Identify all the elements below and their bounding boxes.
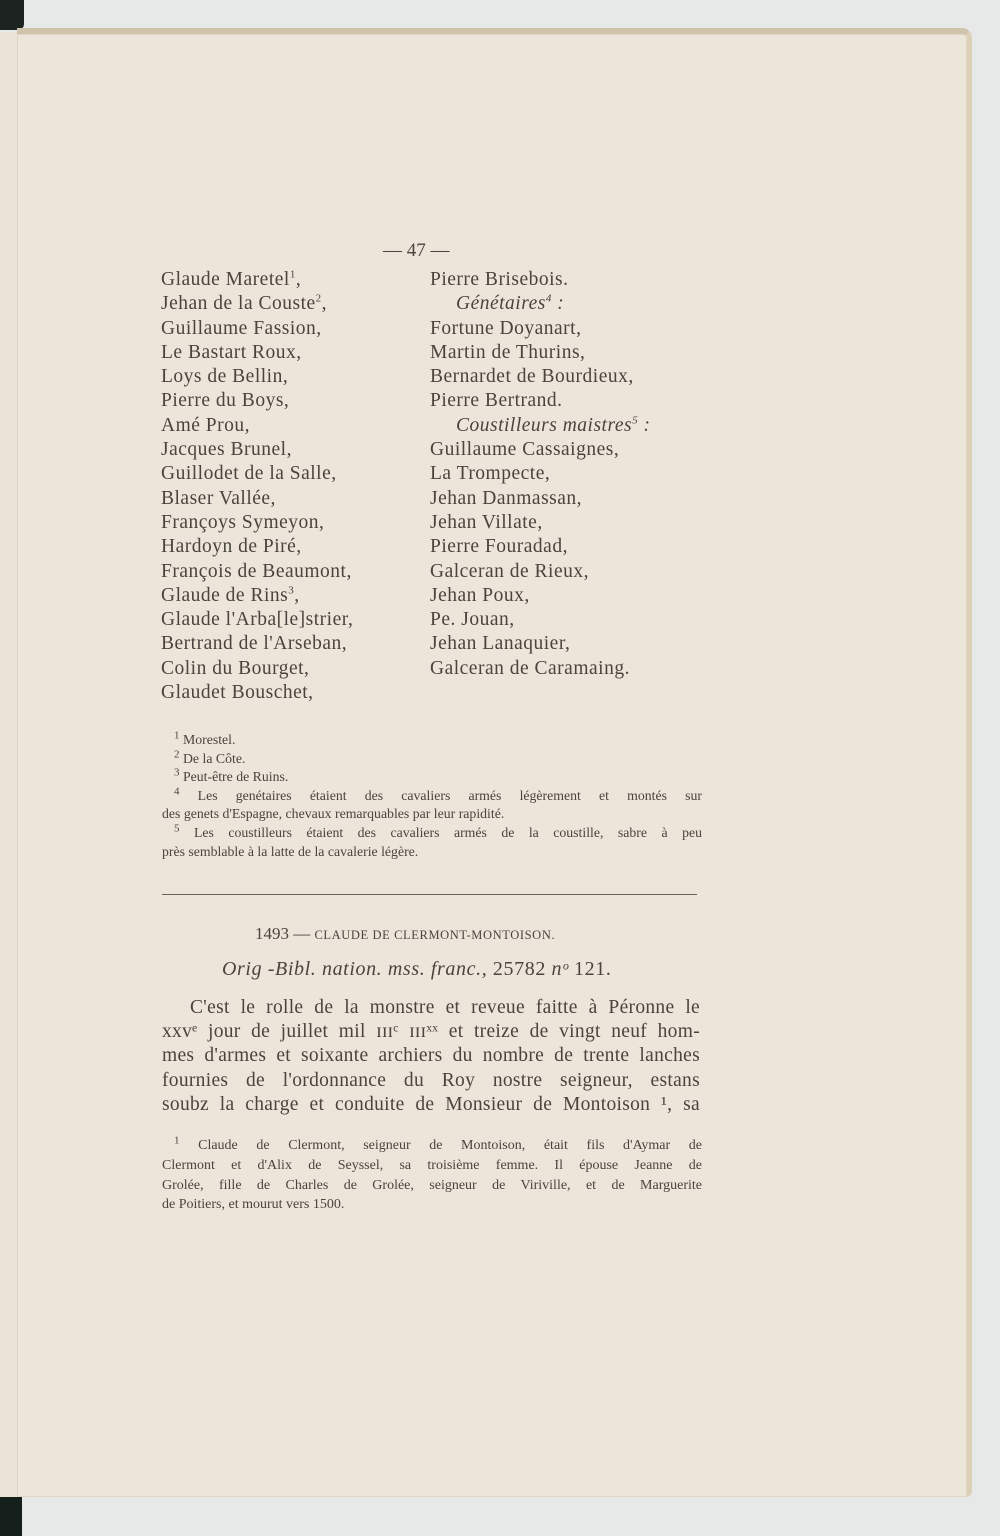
footnote-ref: 5 — [632, 414, 638, 426]
name-entry: Guillaume Cassaignes, — [430, 438, 650, 462]
entry-text: Guillaume Cassaignes, — [430, 439, 619, 460]
name-entry: Bernardet de Bourdieux, — [430, 365, 650, 389]
section-year: 1493 — [255, 924, 289, 943]
name-entry: Martin de Thurins, — [430, 341, 650, 365]
body-line: fournies de l'ordonnance du Roy nostre s… — [162, 1069, 700, 1093]
name-entry: Loys de Bellin, — [161, 365, 353, 389]
category-heading: Génétaires4 : — [430, 292, 650, 316]
body-line: soubz la charge et conduite de Monsieur … — [162, 1093, 700, 1117]
entry-text: Guillaume Fassion, — [161, 318, 322, 339]
name-entry: Le Bastart Roux, — [161, 341, 353, 365]
entry-text: François de Beaumont, — [161, 561, 352, 582]
footnote-line: des genets d'Espagne, chevaux remarquabl… — [162, 805, 702, 824]
body-line: C'est le rolle de la monstre et reveue f… — [162, 996, 700, 1020]
name-entry: Galceran de Rieux, — [430, 560, 650, 584]
entry-text: Bernardet de Bourdieux, — [430, 366, 634, 387]
footnote-line: près semblable à la latte de la cavaleri… — [162, 843, 702, 862]
entry-text: Pierre Brisebois. — [430, 269, 568, 290]
footnote-line: Clermont et d'Alix de Seyssel, sa troisi… — [162, 1156, 702, 1176]
name-entry: Pierre Fouradad, — [430, 535, 650, 559]
entry-text: Pe. Jouan, — [430, 609, 515, 630]
entry-text: Pierre du Boys, — [161, 390, 289, 411]
entry-text: Jehan Danmassan, — [430, 488, 582, 509]
bottom-footnote: 1 Claude de Clermont, seigneur de Montoi… — [162, 1136, 702, 1215]
name-entry: Guillaume Fassion, — [161, 317, 353, 341]
footnote-mark: 3 — [174, 767, 180, 779]
footnote-mark: 1 — [174, 729, 180, 741]
entry-text: Jehan Lanaquier, — [430, 633, 570, 654]
entry-text: Coustilleurs maistres — [456, 415, 632, 436]
name-entry: François de Beaumont, — [161, 560, 353, 584]
entry-text: Loys de Bellin, — [161, 366, 288, 387]
name-entry: Pierre Bertrand. — [430, 389, 650, 413]
name-entry: Jacques Brunel, — [161, 438, 353, 462]
footnote-ref: 4 — [546, 293, 552, 305]
entry-text: Colin du Bourget, — [161, 658, 309, 679]
body-paragraph: C'est le rolle de la monstre et reveue f… — [162, 996, 700, 1117]
name-entry: Glaudet Bouschet, — [161, 681, 353, 705]
name-entry: Fortune Doyanart, — [430, 317, 650, 341]
entry-text: Françoys Symeyon, — [161, 512, 324, 533]
entry-text: Amé Prou, — [161, 415, 250, 436]
book-spine-top — [0, 0, 24, 30]
name-entry: Guillodet de la Salle, — [161, 462, 353, 486]
footnote-mark: 4 — [174, 785, 180, 797]
page-number: — 47 — — [383, 240, 450, 262]
entry-text: Martin de Thurins, — [430, 342, 585, 363]
entry-text: Guillodet de la Salle, — [161, 463, 337, 484]
entry-text: Jacques Brunel, — [161, 439, 292, 460]
name-entry: Glaude de Rins3, — [161, 584, 353, 608]
name-entry: Jehan Poux, — [430, 584, 650, 608]
section-title: CLAUDE DE CLERMONT-MONTOISON. — [315, 928, 556, 942]
entry-text: Glaude l'Arba[le]strier, — [161, 609, 353, 630]
entry-text: Glaudet Bouschet, — [161, 682, 314, 703]
name-entry: Pierre Brisebois. — [430, 268, 650, 292]
name-entry: Françoys Symeyon, — [161, 511, 353, 535]
name-entry: La Trompecte, — [430, 462, 650, 486]
right-name-column: Pierre Brisebois.Génétaires4 :Fortune Do… — [430, 268, 650, 681]
entry-text: La Trompecte, — [430, 463, 550, 484]
footnote-mark: 5 — [174, 822, 180, 834]
book-spine-bottom — [0, 1497, 22, 1536]
section-divider — [162, 894, 697, 895]
body-line: mes d'armes et soixante archiers du nomb… — [162, 1044, 700, 1068]
name-entry: Blaser Vallée, — [161, 487, 353, 511]
name-entry: Jehan Villate, — [430, 511, 650, 535]
footnote-ref: 2 — [316, 293, 322, 305]
name-entry: Amé Prou, — [161, 414, 353, 438]
footnote-line: Grolée, fille de Charles de Grolée, seig… — [162, 1176, 702, 1196]
source-reference: Orig -Bibl. nation. mss. franc., 25782 n… — [222, 958, 611, 981]
footnote-mark: 2 — [174, 748, 180, 760]
left-name-column: Glaude Maretel1,Jehan de la Couste2,Guil… — [161, 268, 353, 705]
name-entry: Jehan de la Couste2, — [161, 292, 353, 316]
footnote-line: 4 Les genétaires étaient des cavaliers a… — [162, 787, 702, 806]
footnotes-list: 1 Morestel.2 De la Côte.3 Peut-être de R… — [162, 731, 702, 861]
footnote-line: 1 Morestel. — [162, 731, 702, 750]
name-entry: Jehan Danmassan, — [430, 487, 650, 511]
footnote-line: 2 De la Côte. — [162, 750, 702, 769]
category-heading: Coustilleurs maistres5 : — [430, 414, 650, 438]
entry-text: Galceran de Rieux, — [430, 561, 589, 582]
entry-text: Pierre Fouradad, — [430, 536, 568, 557]
name-entry: Glaude l'Arba[le]strier, — [161, 608, 353, 632]
name-entry: Hardoyn de Piré, — [161, 535, 353, 559]
name-entry: Pe. Jouan, — [430, 608, 650, 632]
entry-text: Jehan Villate, — [430, 512, 543, 533]
entry-text: Pierre Bertrand. — [430, 390, 563, 411]
entry-text: Bertrand de l'Arseban, — [161, 633, 347, 654]
entry-text: Jehan Poux, — [430, 585, 530, 606]
name-entry: Jehan Lanaquier, — [430, 632, 650, 656]
entry-text: Glaude Maretel — [161, 269, 290, 290]
entry-text: Le Bastart Roux, — [161, 342, 302, 363]
footnote-ref: 3 — [288, 584, 294, 596]
footnote-ref: 1 — [290, 269, 296, 281]
entry-text: Glaude de Rins — [161, 585, 288, 606]
name-entry: Galceran de Caramaing. — [430, 657, 650, 681]
name-entry: Colin du Bourget, — [161, 657, 353, 681]
section-heading: 1493 — CLAUDE DE CLERMONT-MONTOISON. — [255, 924, 555, 944]
name-entry: Bertrand de l'Arseban, — [161, 632, 353, 656]
entry-text: Galceran de Caramaing. — [430, 658, 630, 679]
entry-text: Génétaires — [456, 293, 546, 314]
entry-text: Jehan de la Couste — [161, 293, 316, 314]
name-entry: Glaude Maretel1, — [161, 268, 353, 292]
body-line: xxvᵉ jour de juillet mil ɪɪɪᶜ ɪɪɪˣˣ et t… — [162, 1020, 700, 1044]
footnote-line: 3 Peut-être de Ruins. — [162, 768, 702, 787]
footnote-mark: 1 — [174, 1134, 180, 1146]
entry-text: Blaser Vallée, — [161, 488, 276, 509]
entry-text: Fortune Doyanart, — [430, 318, 581, 339]
footnote-line: de Poitiers, et mourut vers 1500. — [162, 1195, 702, 1215]
footnote-line: 1 Claude de Clermont, seigneur de Montoi… — [162, 1136, 702, 1156]
footnote-line: 5 Les coustilleurs étaient des cavaliers… — [162, 824, 702, 843]
entry-text: Hardoyn de Piré, — [161, 536, 302, 557]
name-entry: Pierre du Boys, — [161, 389, 353, 413]
